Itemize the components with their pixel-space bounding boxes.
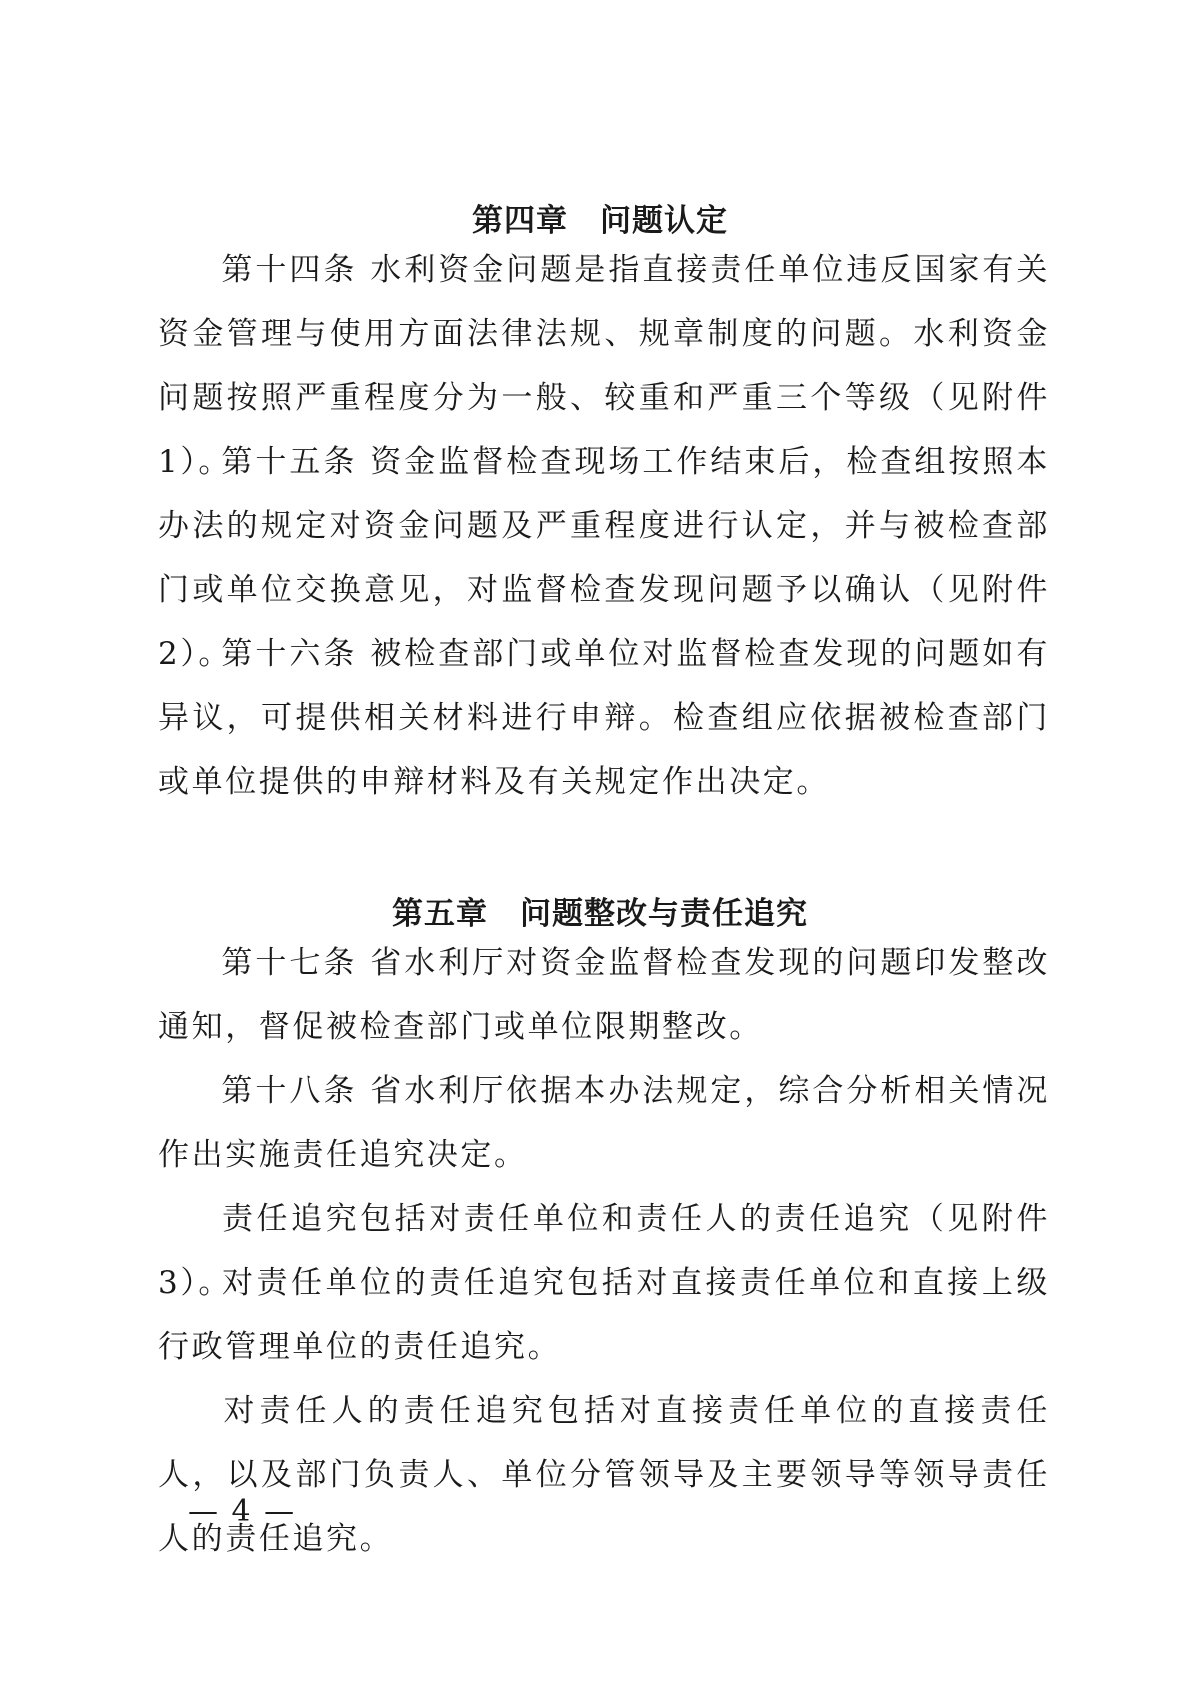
article-18: 第十八条 省水利厅依据本办法规定，综合分析相关情况作出实施责任追究决定。 xyxy=(158,1059,1050,1187)
page-number: — 4 — xyxy=(188,1494,296,1529)
article-16: 第十六条 被检查部门或单位对监督检查发现的问题如有异议，可提供相关材料进行申辩。… xyxy=(158,622,1050,814)
article-17: 第十七条 省水利厅对资金监督检查发现的问题印发整改通知，督促被检查部门或单位限期… xyxy=(158,931,1050,1059)
document-page: 第四章 问题认定 第十四条 水利资金问题是指直接责任单位违反国家有关资金管理与使… xyxy=(0,0,1200,1697)
paragraph-person-accountability: 对责任人的责任追究包括对直接责任单位的直接责任人，以及部门负责人、单位分管领导及… xyxy=(158,1379,1050,1571)
chapter-title-4: 第四章 问题认定 xyxy=(0,195,1200,240)
paragraph-unit-accountability: 对责任单位的责任追究包括对直接责任单位和直接上级行政管理单位的责任追究。 xyxy=(158,1251,1050,1379)
chapter-title-5: 第五章 问题整改与责任追究 xyxy=(0,888,1200,933)
